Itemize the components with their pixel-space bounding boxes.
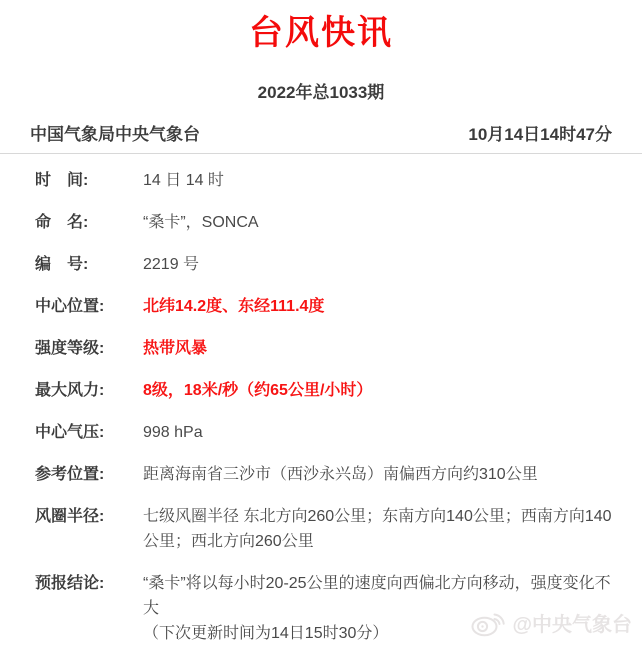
field-row: 编 号:2219 号 [35, 252, 616, 277]
field-value: 七级风圈半径 东北方向260公里；东南方向140公里；西南方向140公里；西北方… [143, 504, 616, 554]
field-value-text: 七级风圈半径 东北方向260公里；东南方向140公里；西南方向140公里；西北方… [143, 508, 612, 550]
field-value: 距离海南省三沙市（西沙永兴岛）南偏西方向约310公里 [143, 462, 616, 487]
field-value: 2219 号 [143, 252, 616, 277]
field-row: 最大风力:8级，18米/秒（约65公里/小时） [35, 378, 616, 403]
field-row: 中心气压:998 hPa [35, 420, 616, 445]
watermark: @中央气象台 [470, 606, 632, 638]
agency-name: 中国气象局中央气象台 [30, 125, 200, 145]
field-value-text: 2219 号 [143, 256, 199, 273]
field-value: 8级，18米/秒（约65公里/小时） [143, 378, 616, 403]
field-value: “桑卡”，SONCA [143, 210, 616, 235]
bulletin-header: 中国气象局中央气象台 10月14日14时47分 [0, 125, 642, 145]
field-label: 编 号: [35, 252, 143, 277]
field-row: 时 间:14 日 14 时 [35, 168, 616, 193]
field-value: 998 hPa [143, 420, 616, 445]
field-row: 风圈半径:七级风圈半径 东北方向260公里；东南方向140公里；西南方向140公… [35, 504, 616, 554]
weibo-icon [470, 606, 508, 638]
field-label: 中心气压: [35, 420, 143, 445]
field-label: 中心位置: [35, 294, 143, 319]
field-label: 时 间: [35, 168, 143, 193]
field-label: 风圈半径: [35, 504, 143, 554]
field-value-text: 998 hPa [143, 424, 203, 441]
field-label: 参考位置: [35, 462, 143, 487]
field-value-text: “桑卡”，SONCA [143, 214, 259, 231]
issue-number: 2022年总1033期 [0, 83, 642, 103]
field-value-text: 14 日 14 时 [143, 172, 224, 189]
field-row: 中心位置:北纬14.2度、东经111.4度 [35, 294, 616, 319]
bulletin-fields: 时 间:14 日 14 时命 名:“桑卡”，SONCA编 号:2219 号中心位… [0, 154, 642, 646]
field-row: 强度等级:热带风暴 [35, 336, 616, 361]
field-value: 北纬14.2度、东经111.4度 [143, 294, 616, 319]
field-row: 命 名:“桑卡”，SONCA [35, 210, 616, 235]
field-label: 预报结论: [35, 571, 143, 646]
field-value-text: 北纬14.2度、东经111.4度 [143, 298, 324, 315]
field-label: 强度等级: [35, 336, 143, 361]
field-label: 命 名: [35, 210, 143, 235]
field-value-text: 热带风暴 [143, 340, 207, 357]
field-row: 参考位置:距离海南省三沙市（西沙永兴岛）南偏西方向约310公里 [35, 462, 616, 487]
field-value-text: 距离海南省三沙市（西沙永兴岛）南偏西方向约310公里 [143, 466, 538, 483]
field-value: 热带风暴 [143, 336, 616, 361]
field-label: 最大风力: [35, 378, 143, 403]
publish-time: 10月14日14时47分 [468, 125, 612, 145]
page-title: 台风快讯 [0, 13, 642, 53]
watermark-text: @中央气象台 [512, 608, 632, 637]
field-value: 14 日 14 时 [143, 168, 616, 193]
field-value-text: 8级，18米/秒（约65公里/小时） [143, 382, 372, 399]
